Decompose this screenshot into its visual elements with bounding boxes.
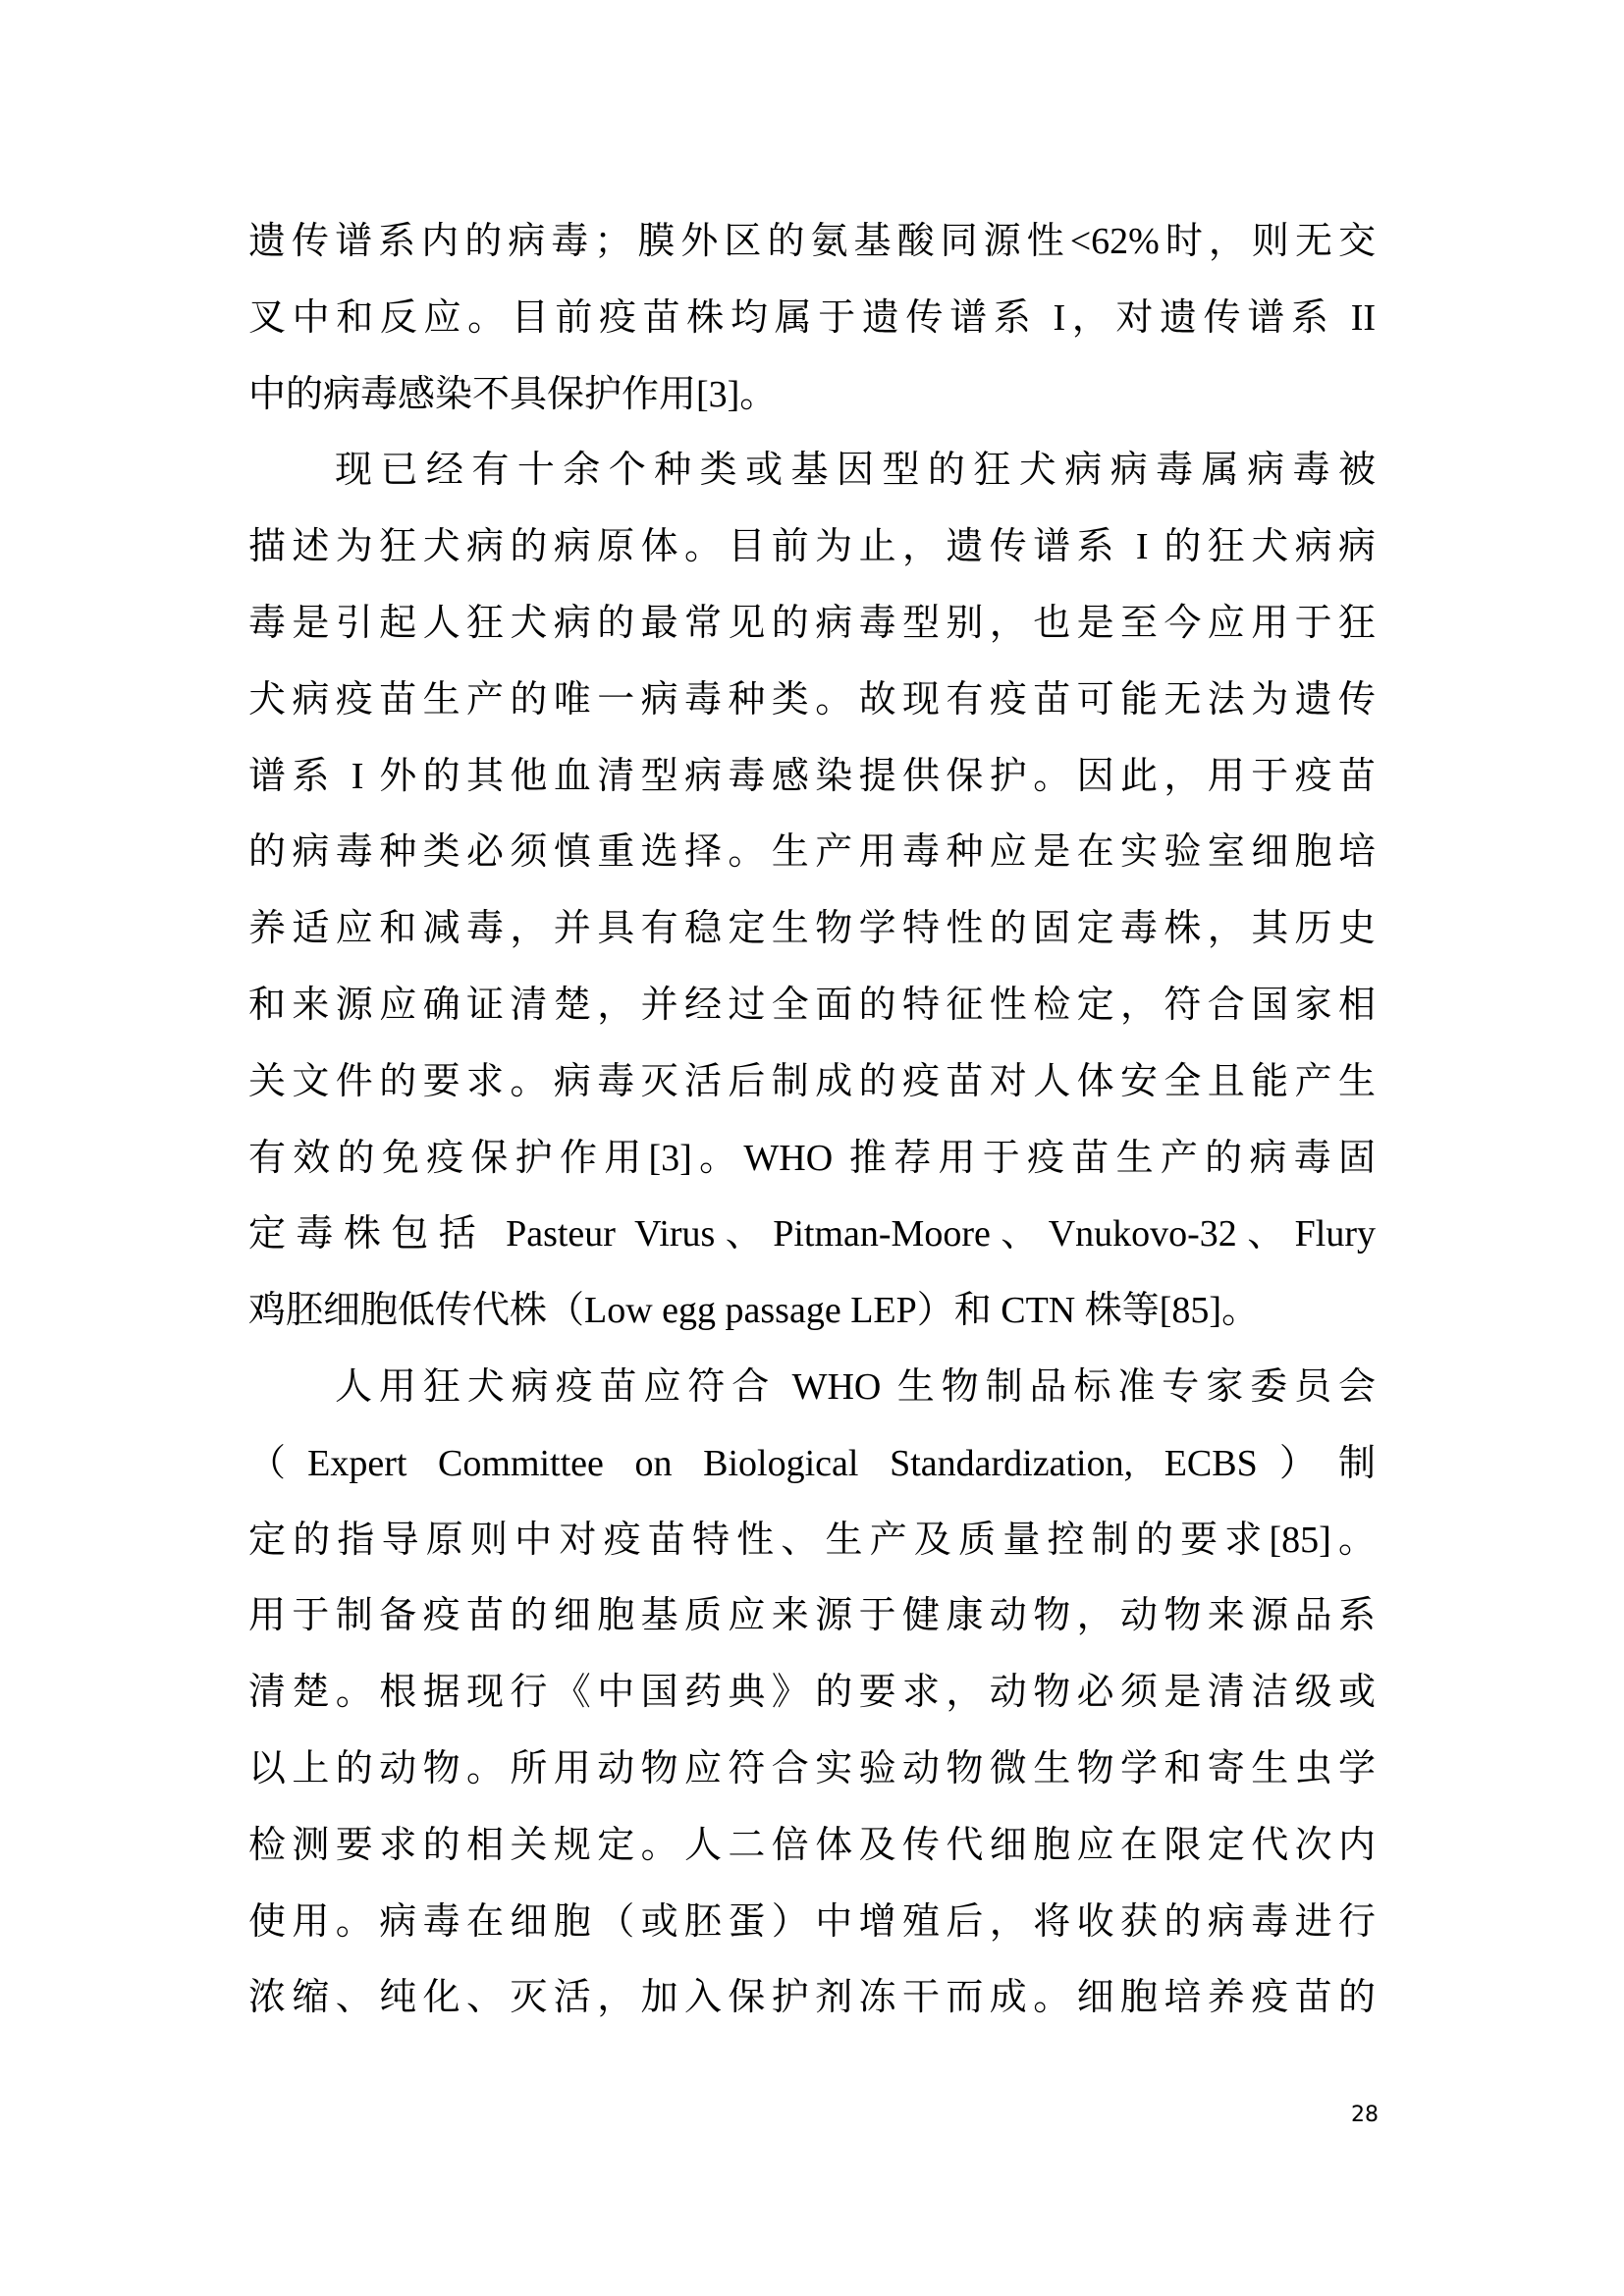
page-number: 28	[1351, 2101, 1379, 2130]
text-line: 中的病毒感染不具保护作用[3]。	[248, 357, 1376, 434]
text-line: 关文件的要求。病毒灭活后制成的疫苗对人体安全且能产生	[248, 1044, 1376, 1121]
text-line: 现已经有十余个种类或基因型的狂犬病病毒属病毒被	[248, 433, 1376, 509]
text-line: 谱系 I 外的其他血清型病毒感染提供保护。因此，用于疫苗	[248, 739, 1376, 816]
text-line: 检测要求的相关规定。人二倍体及传代细胞应在限定代次内	[248, 1808, 1376, 1885]
body-text: 遗传谱系内的病毒；膜外区的氨基酸同源性<62%时，则无交 叉中和反应。目前疫苗株…	[248, 204, 1376, 2037]
document-page: 遗传谱系内的病毒；膜外区的氨基酸同源性<62%时，则无交 叉中和反应。目前疫苗株…	[0, 0, 1624, 2296]
text-line: 清楚。根据现行《中国药典》的要求，动物必须是清洁级或	[248, 1655, 1376, 1732]
text-line: 以上的动物。所用动物应符合实验动物微生物学和寄生虫学	[248, 1732, 1376, 1808]
text-line: 鸡胚细胞低传代株（Low egg passage LEP）和 CTN 株等[85…	[248, 1273, 1376, 1350]
text-line: 人用狂犬病疫苗应符合 WHO 生物制品标准专家委员会	[248, 1350, 1376, 1426]
text-line: （Expert Committee on Biological Standard…	[248, 1426, 1376, 1503]
text-line: 的病毒种类必须慎重选择。生产用毒种应是在实验室细胞培	[248, 815, 1376, 891]
text-line: 使用。病毒在细胞（或胚蛋）中增殖后，将收获的病毒进行	[248, 1885, 1376, 1961]
text-line: 养适应和减毒，并具有稳定生物学特性的固定毒株，其历史	[248, 891, 1376, 968]
text-line: 描述为狂犬病的病原体。目前为止，遗传谱系 I 的狂犬病病	[248, 509, 1376, 586]
text-line: 叉中和反应。目前疫苗株均属于遗传谱系 I，对遗传谱系 II	[248, 281, 1376, 357]
text-line: 定的指导原则中对疫苗特性、生产及质量控制的要求[85]。	[248, 1503, 1376, 1579]
text-line: 和来源应确证清楚，并经过全面的特征性检定，符合国家相	[248, 968, 1376, 1044]
text-line: 用于制备疫苗的细胞基质应来源于健康动物，动物来源品系	[248, 1578, 1376, 1655]
text-line: 浓缩、纯化、灭活，加入保护剂冻干而成。细胞培养疫苗的	[248, 1960, 1376, 2037]
text-line: 定毒株包括 Pasteur Virus、Pitman-Moore、Vnukovo…	[248, 1197, 1376, 1273]
text-line: 有效的免疫保护作用[3]。WHO 推荐用于疫苗生产的病毒固	[248, 1121, 1376, 1198]
text-line: 毒是引起人狂犬病的最常见的病毒型别，也是至今应用于狂	[248, 586, 1376, 663]
text-line: 犬病疫苗生产的唯一病毒种类。故现有疫苗可能无法为遗传	[248, 663, 1376, 739]
text-line: 遗传谱系内的病毒；膜外区的氨基酸同源性<62%时，则无交	[248, 204, 1376, 281]
